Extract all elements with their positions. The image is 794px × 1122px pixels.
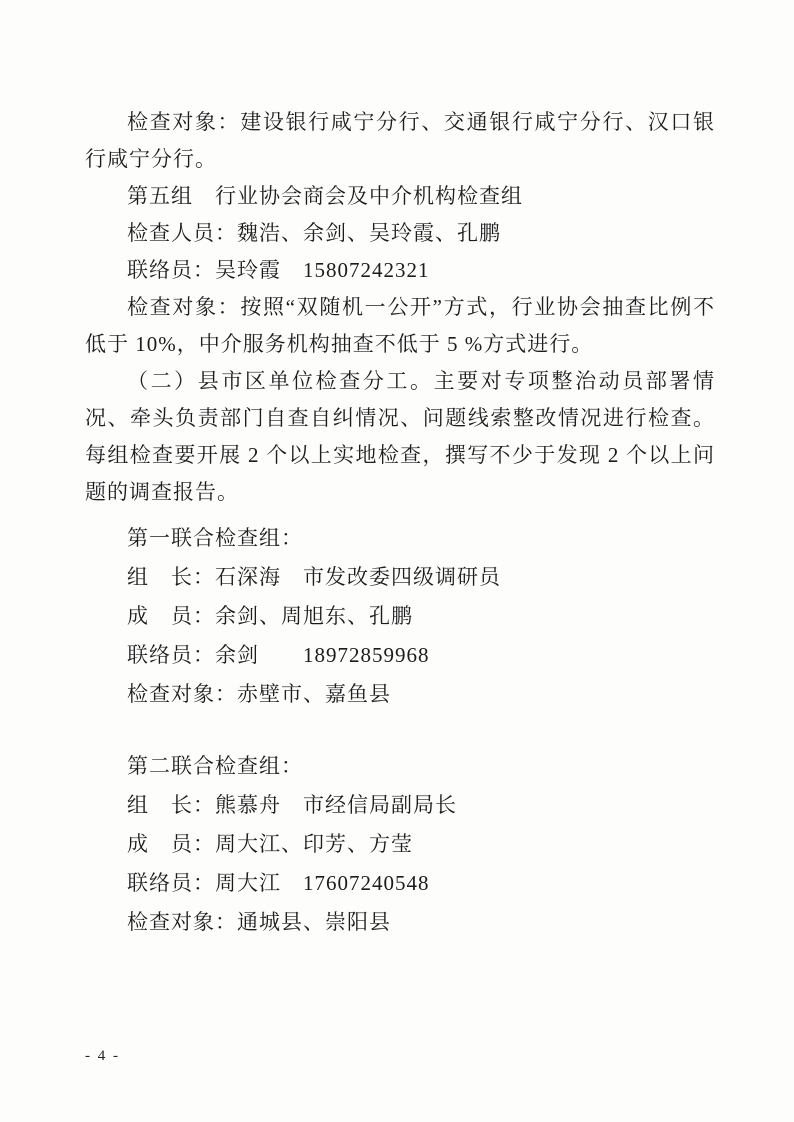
group5-block: 第五组 行业协会商会及中介机构检查组 检查人员：魏浩、余剑、吴玲霞、孔鹏 联络员… (85, 178, 715, 363)
team2-title: 第二联合检查组： (85, 747, 715, 786)
team2-targets: 检查对象：通城县、崇阳县 (85, 903, 715, 942)
team1-liaison: 联络员：余剑 18972859968 (85, 636, 715, 675)
team1-title: 第一联合检查组： (85, 519, 715, 558)
team1-leader: 组 长：石深海 市发改委四级调研员 (85, 558, 715, 597)
group5-inspectors: 检查人员：魏浩、余剑、吴玲霞、孔鹏 (85, 215, 715, 252)
team1-targets: 检查对象：赤壁市、嘉鱼县 (85, 675, 715, 714)
team1-block: 第一联合检查组： 组 长：石深海 市发改委四级调研员 成 员：余剑、周旭东、孔鹏… (85, 519, 715, 714)
para-bank-inspection-targets: 检查对象：建设银行咸宁分行、交通银行咸宁分行、汉口银行咸宁分行。 (85, 104, 715, 178)
group5-targets: 检查对象：按照“双随机一公开”方式，行业协会抽查比例不低于 10%，中介服务机构… (85, 289, 715, 363)
document-page: 检查对象：建设银行咸宁分行、交通银行咸宁分行、汉口银行咸宁分行。 第五组 行业协… (0, 0, 794, 1122)
page-number: - 4 - (85, 1048, 120, 1065)
section2-intro: （二）县市区单位检查分工。主要对专项整治动员部署情况、牵头负责部门自查自纠情况、… (85, 363, 715, 511)
team1-members: 成 员：余剑、周旭东、孔鹏 (85, 597, 715, 636)
group5-title: 第五组 行业协会商会及中介机构检查组 (85, 178, 715, 215)
team2-members: 成 员：周大江、印芳、方莹 (85, 825, 715, 864)
team2-block: 第二联合检查组： 组 长：熊慕舟 市经信局副局长 成 员：周大江、印芳、方莹 联… (85, 747, 715, 942)
team2-liaison: 联络员：周大江 17607240548 (85, 864, 715, 903)
document-content: 检查对象：建设银行咸宁分行、交通银行咸宁分行、汉口银行咸宁分行。 第五组 行业协… (85, 104, 715, 942)
group5-liaison: 联络员：吴玲霞 15807242321 (85, 252, 715, 289)
team2-leader: 组 长：熊慕舟 市经信局副局长 (85, 786, 715, 825)
